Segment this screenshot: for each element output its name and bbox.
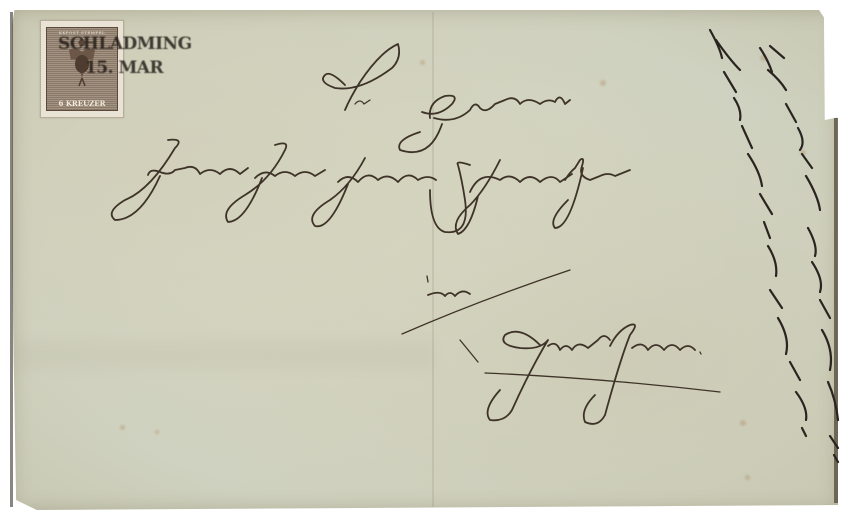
margin-note-script — [710, 30, 838, 462]
handwriting-layer — [0, 0, 850, 518]
address-line-3-script — [402, 270, 570, 334]
address-line-4-script — [460, 324, 720, 423]
address-line-1-script — [323, 44, 570, 152]
address-line-2-script — [112, 140, 630, 234]
